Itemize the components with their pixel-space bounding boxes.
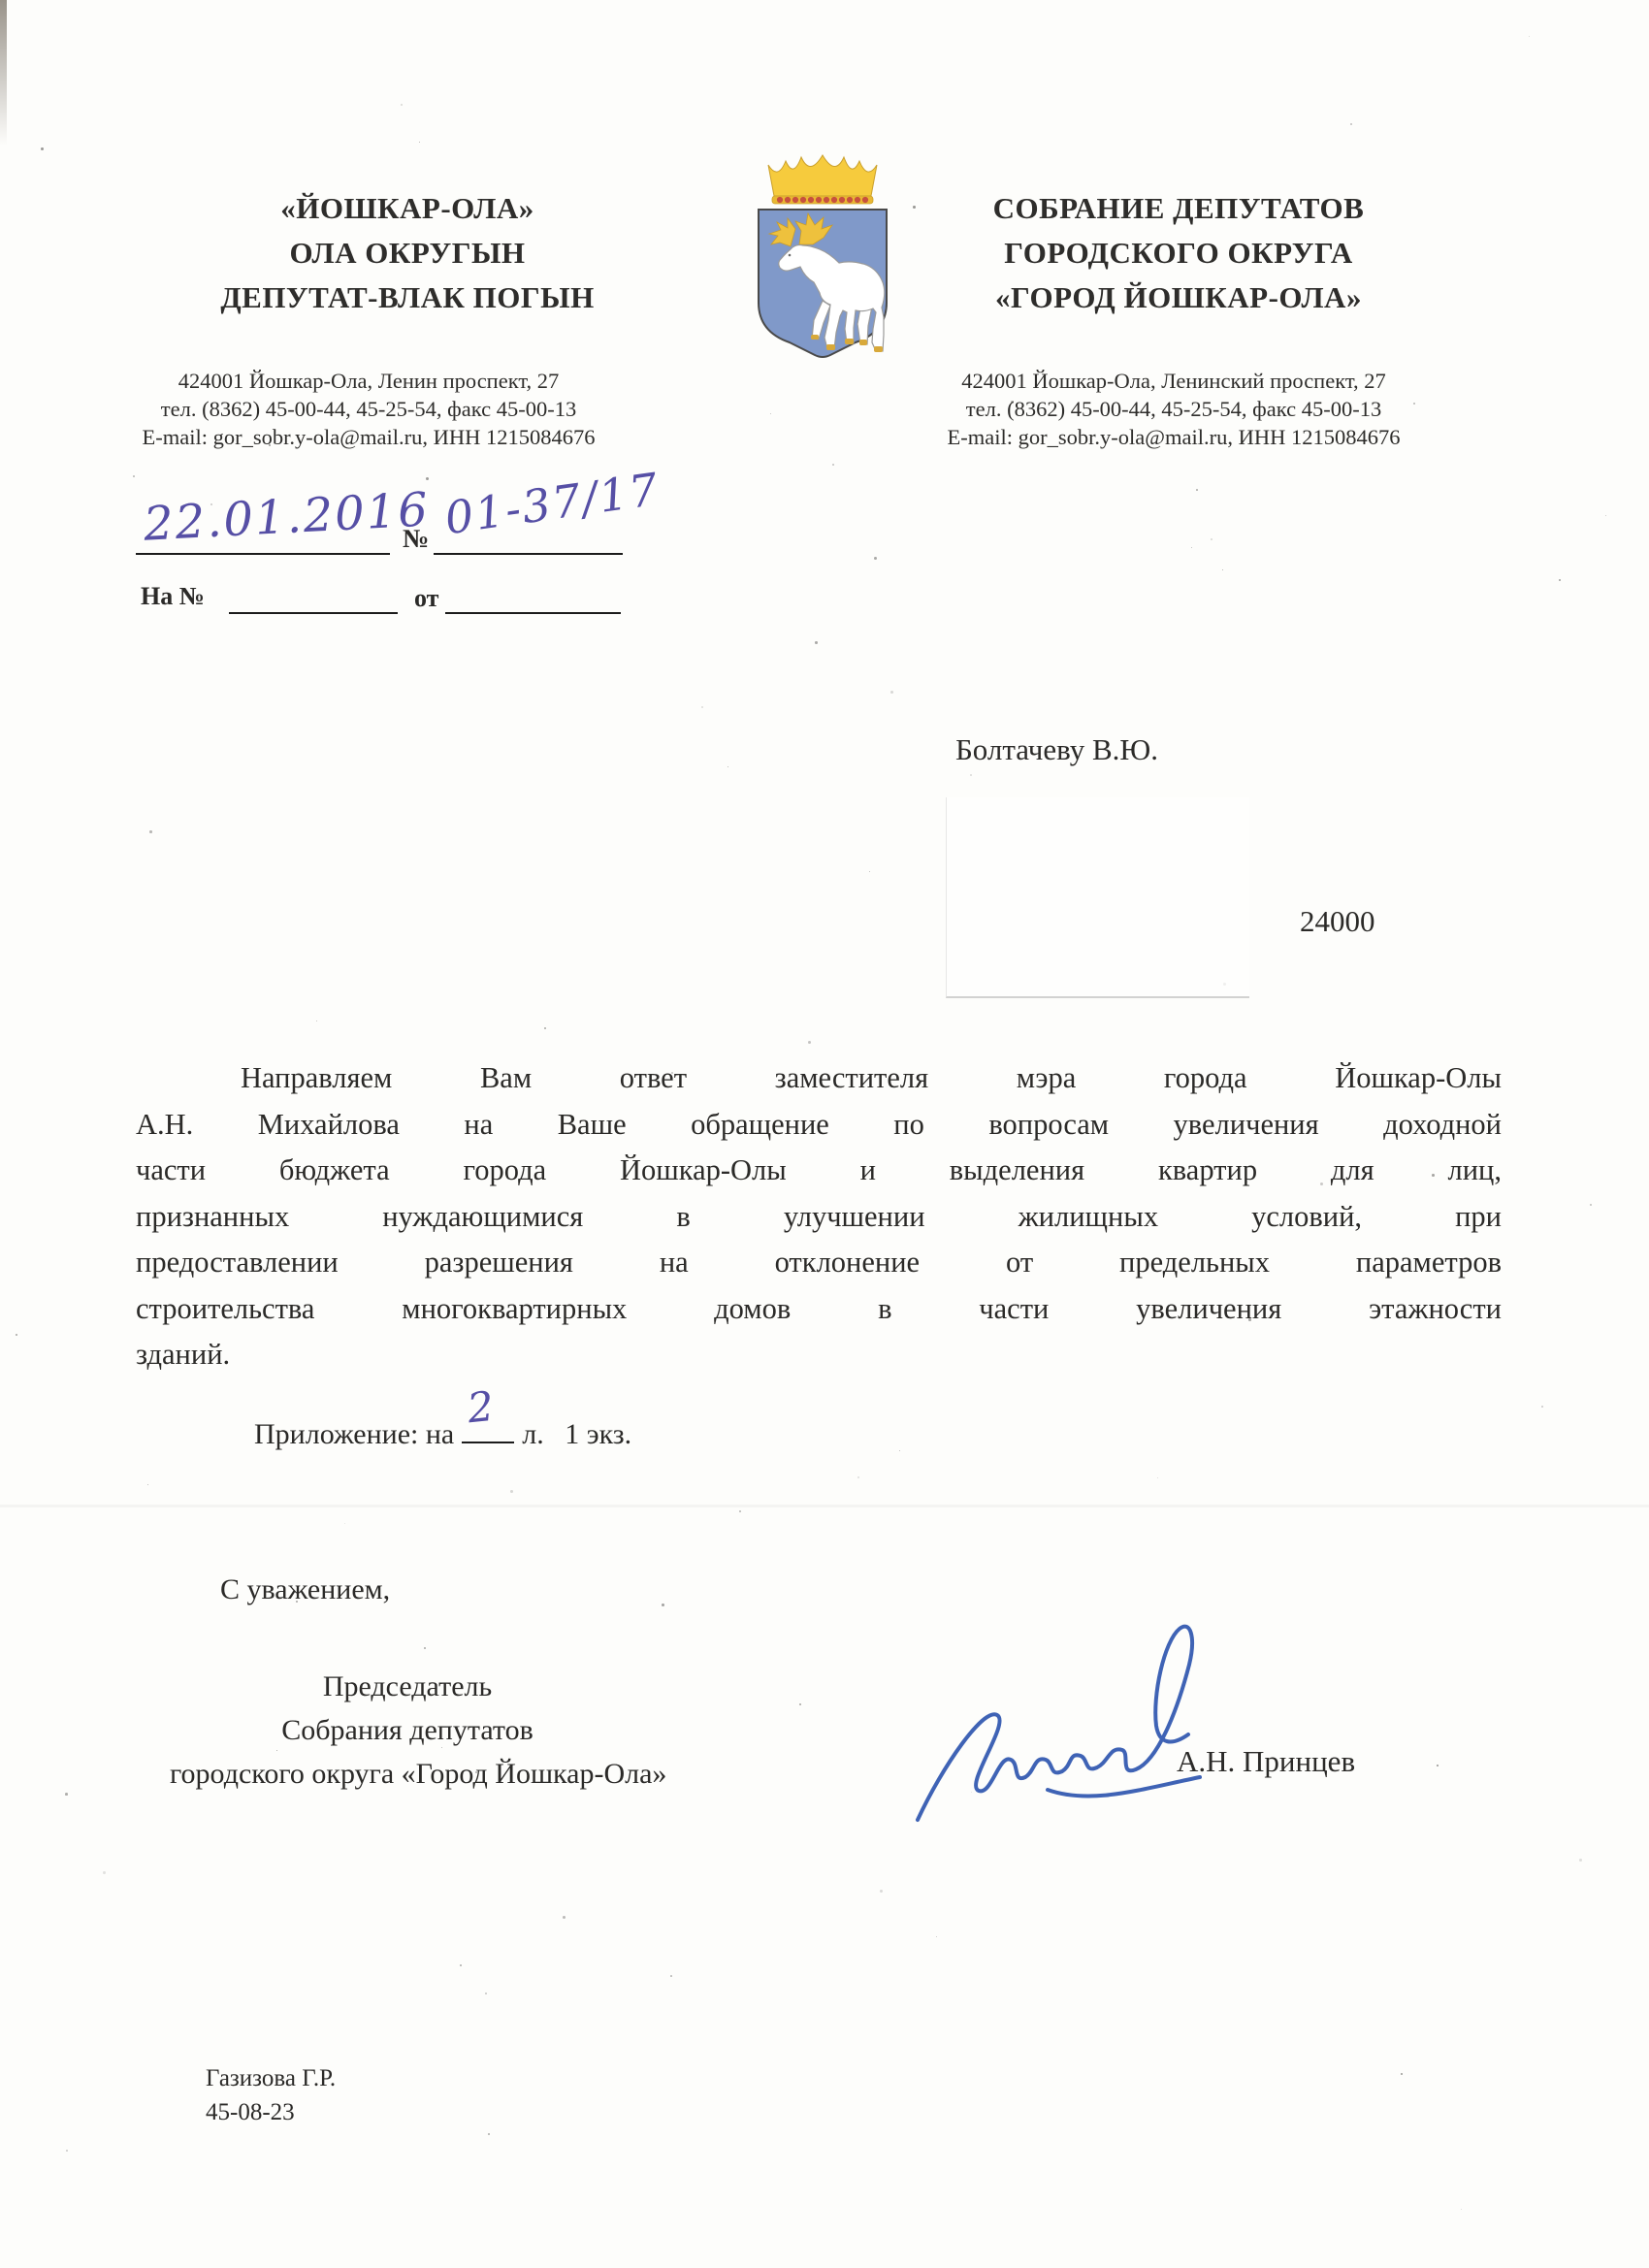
noise-speck [133, 475, 135, 477]
org-name-russian-line: ГОРОДСКОГО ОКРУГА [921, 231, 1436, 275]
org-name-russian-line: СОБРАНИЕ ДЕПУТАТОВ [921, 186, 1436, 231]
noise-speck [510, 1490, 513, 1493]
redacted-address-area [946, 797, 1249, 998]
salutation: С уважением, [220, 1573, 390, 1606]
noise-speck [1211, 538, 1212, 540]
address-block-right: 424001 Йошкар-Ола, Ленинский проспект, 2… [902, 367, 1445, 451]
noise-speck [488, 2133, 490, 2135]
noise-speck [1529, 36, 1530, 37]
noise-speck [1196, 489, 1198, 491]
address-line: тел. (8362) 45-00-44, 45-25-54, факс 45-… [902, 395, 1445, 423]
noise-speck [485, 1993, 487, 1994]
signer-title-block: Председатель Собрания депутатов городско… [170, 1665, 645, 1796]
org-name-mari: «ЙОШКАР-ОЛА» ОЛА ОКРУГЫН ДЕПУТАТ-ВЛАК ПО… [145, 186, 669, 320]
noise-speck [103, 1871, 106, 1874]
body-line: признанных нуждающимися в улучшении жили… [136, 1194, 1502, 1241]
attachment-sheets-unit: л. [522, 1418, 543, 1450]
noise-speck [670, 1975, 672, 1977]
handwritten-sheet-count: 2 [466, 1382, 497, 1433]
scanned-letter-page: «ЙОШКАР-ОЛА» ОЛА ОКРУГЫН ДЕПУТАТ-ВЛАК ПО… [0, 0, 1649, 2268]
body-line: части бюджета города Йошкар-Олы и выделе… [136, 1148, 1502, 1194]
noise-speck [970, 774, 972, 776]
reply-from-label: от [414, 584, 438, 613]
executor-name: Газизова Г.Р. [206, 2061, 336, 2095]
address-line: 424001 Йошкар-Ола, Ленин проспект, 27 [87, 367, 650, 395]
noise-speck [874, 557, 877, 560]
noise-speck [880, 1890, 883, 1893]
noise-speck [808, 1041, 811, 1044]
noise-speck [424, 1647, 426, 1649]
address-block-left: 424001 Йошкар-Ола, Ленин проспект, 27 те… [87, 367, 650, 451]
noise-speck [739, 1510, 741, 1512]
body-line: Направляем Вам ответ заместителя мэра го… [136, 1055, 1502, 1102]
noise-speck [799, 1703, 801, 1705]
noise-speck [899, 1450, 900, 1451]
org-name-mari-line: ДЕПУТАТ-ВЛАК ПОГЫН [145, 275, 669, 320]
noise-speck [41, 147, 44, 150]
noise-speck [727, 766, 728, 767]
noise-speck [1559, 579, 1561, 581]
number-underline [434, 553, 623, 555]
noise-speck [460, 1964, 462, 1966]
noise-speck [832, 464, 834, 466]
org-name-mari-line: ОЛА ОКРУГЫН [145, 231, 669, 275]
signature-icon [902, 1599, 1261, 1841]
noise-speck [913, 206, 916, 209]
noise-speck [16, 1334, 17, 1336]
number-sign: № [403, 524, 429, 554]
noise-speck [869, 871, 870, 872]
address-line: E-mail: gor_sobr.y-ola@mail.ru, ИНН 1215… [87, 423, 650, 451]
noise-speck [401, 104, 403, 106]
noise-speck [1350, 123, 1352, 125]
signer-title-line: Председатель [170, 1665, 645, 1708]
body-line: предоставлении разрешения на отклонение … [136, 1240, 1502, 1286]
noise-speck [770, 413, 771, 414]
signature-svg [902, 1599, 1261, 1841]
noise-speck [1401, 2073, 1403, 2075]
org-name-russian: СОБРАНИЕ ДЕПУТАТОВ ГОРОДСКОГО ОКРУГА «ГО… [921, 186, 1436, 320]
noise-speck [1222, 569, 1223, 570]
attachment-copies: 1 экз. [565, 1418, 631, 1450]
letter-body: Направляем Вам ответ заместителя мэра го… [136, 1055, 1502, 1378]
noise-speck [149, 830, 152, 833]
noise-speck [1157, 1477, 1158, 1478]
body-line: А.Н. Михайлова на Ваше обращение по вопр… [136, 1102, 1502, 1149]
noise-speck [1191, 547, 1192, 548]
reply-date-underline [445, 612, 621, 614]
noise-speck [426, 477, 429, 480]
noise-speck [936, 1936, 937, 1937]
noise-speck [701, 706, 703, 708]
noise-speck [1605, 515, 1606, 516]
noise-speck [815, 641, 818, 644]
date-underline [136, 553, 390, 555]
coat-of-arms-icon [745, 146, 900, 367]
attachment-line: Приложение: на2л. 1 экз. [254, 1409, 631, 1451]
noise-speck [563, 1916, 566, 1919]
signature-stroke [918, 1627, 1200, 1820]
noise-speck [66, 2150, 68, 2152]
reply-number-underline [229, 612, 398, 614]
noise-speck [1541, 1406, 1543, 1408]
attachment-sheets-blank: 2 [462, 1409, 514, 1443]
noise-speck [316, 1021, 317, 1021]
noise-speck [1437, 1765, 1439, 1766]
noise-speck [1579, 1859, 1582, 1862]
executor-phone: 45-08-23 [206, 2095, 336, 2129]
org-name-mari-line: «ЙОШКАР-ОЛА» [145, 186, 669, 231]
attachment-label: Приложение: на [254, 1418, 454, 1450]
body-line: строительства многоквартирных домов в ча… [136, 1286, 1502, 1333]
noise-speck [419, 142, 420, 143]
org-name-russian-line: «ГОРОД ЙОШКАР-ОЛА» [921, 275, 1436, 320]
moose-eye [789, 254, 792, 257]
noise-speck [344, 1523, 345, 1524]
signer-title-line: Собрания депутатов [170, 1708, 645, 1752]
noise-speck [65, 1793, 68, 1796]
recipient-name: Болтачеву В.Ю. [955, 732, 1158, 767]
noise-speck [1461, 2209, 1462, 2210]
noise-speck [890, 691, 893, 694]
address-line: E-mail: gor_sobr.y-ola@mail.ru, ИНН 1215… [902, 423, 1445, 451]
address-line: 424001 Йошкар-Ола, Ленинский проспект, 2… [902, 367, 1445, 395]
noise-speck [857, 1476, 859, 1478]
noise-speck [147, 1484, 148, 1485]
body-line: зданий. [136, 1332, 1502, 1378]
noise-speck [544, 1027, 546, 1029]
reply-to-label: На № [141, 582, 205, 611]
address-line: тел. (8362) 45-00-44, 45-25-54, факс 45-… [87, 395, 650, 423]
executor-block: Газизова Г.Р. 45-08-23 [206, 2061, 336, 2129]
recipient-postal-index: 24000 [1300, 904, 1375, 939]
signer-name: А.Н. Принцев [1177, 1744, 1355, 1779]
noise-speck [662, 1604, 664, 1606]
signer-title-line: городского округа «Город Йошкар-Ола» [170, 1752, 645, 1796]
coat-of-arms-svg [745, 146, 900, 367]
noise-speck [1590, 1204, 1592, 1206]
crown-shape [768, 155, 877, 196]
